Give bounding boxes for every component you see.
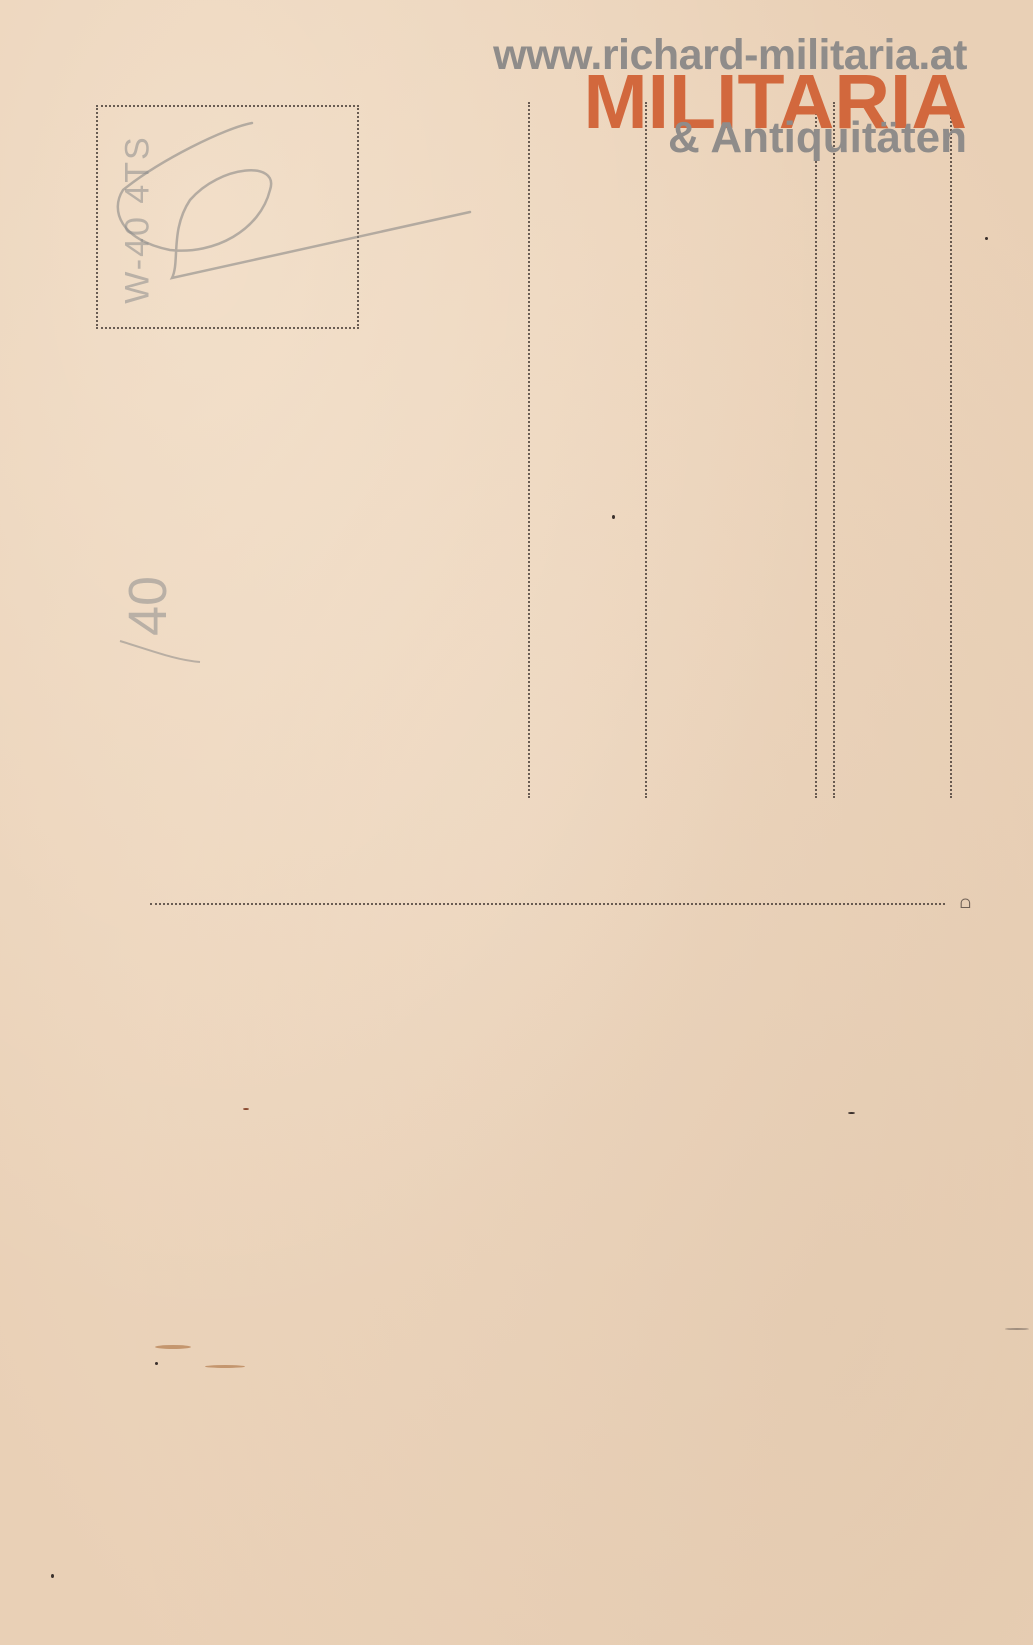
speck <box>985 237 988 240</box>
postcard-back: W-40 4TS 40 ᗝ www.richard-militaria.at M… <box>0 0 1033 1645</box>
rust-stain <box>205 1365 245 1368</box>
speck <box>1005 1328 1029 1330</box>
watermark-subtitle: & Antiquitäten <box>668 116 967 160</box>
address-divider-4 <box>833 102 835 798</box>
rust-stain <box>155 1345 191 1349</box>
divider-end-mark: ᗝ <box>960 896 971 912</box>
address-divider-5 <box>950 102 952 798</box>
pencil-code-note: W-40 4TS <box>119 90 158 350</box>
address-divider-2 <box>645 102 647 798</box>
speck <box>612 515 615 519</box>
horizontal-divider <box>150 903 945 905</box>
address-divider-3 <box>815 102 817 798</box>
speck <box>243 1108 249 1110</box>
speck <box>155 1362 158 1365</box>
address-divider-1 <box>528 102 530 798</box>
pencil-price-note: 40 <box>117 576 179 636</box>
speck <box>848 1112 855 1114</box>
speck <box>51 1574 54 1578</box>
